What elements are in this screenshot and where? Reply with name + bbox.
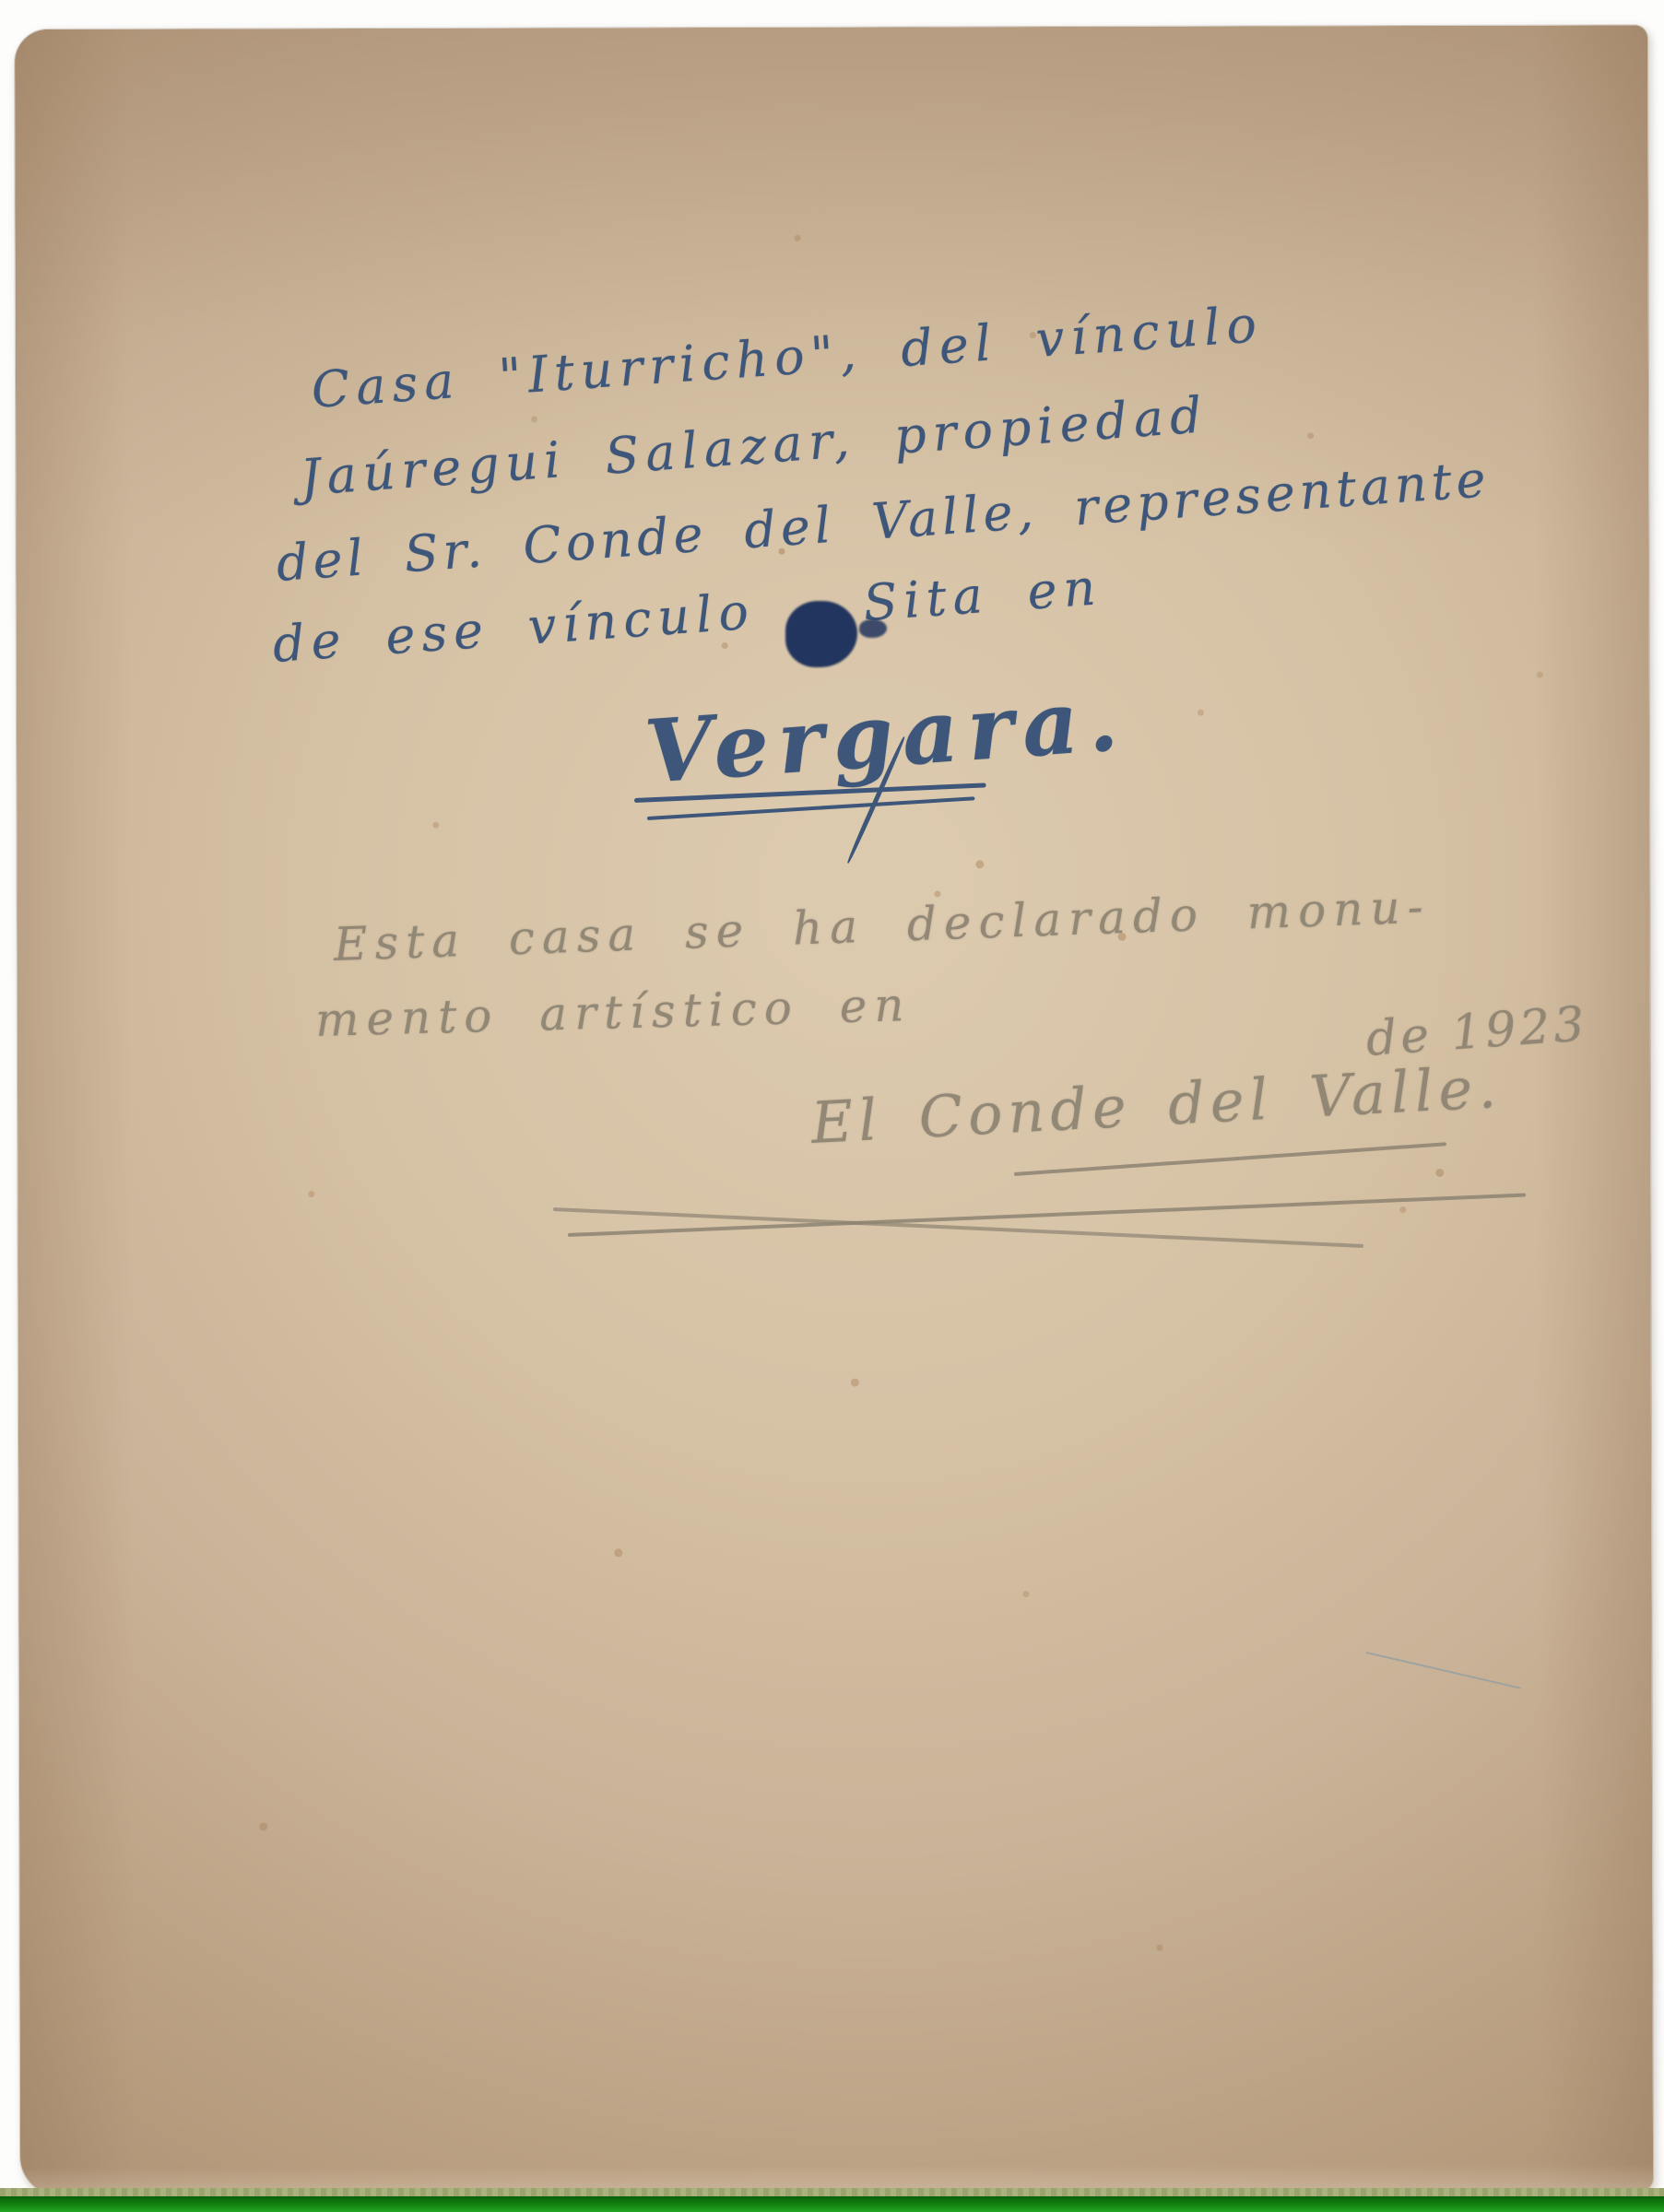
foxing-spots [15,29,19,34]
scanned-document: { "document": { "kind": "handwritten not… [0,0,1664,2212]
scanner-strip [0,2188,1664,2196]
scanner-bar [0,2196,1664,2212]
